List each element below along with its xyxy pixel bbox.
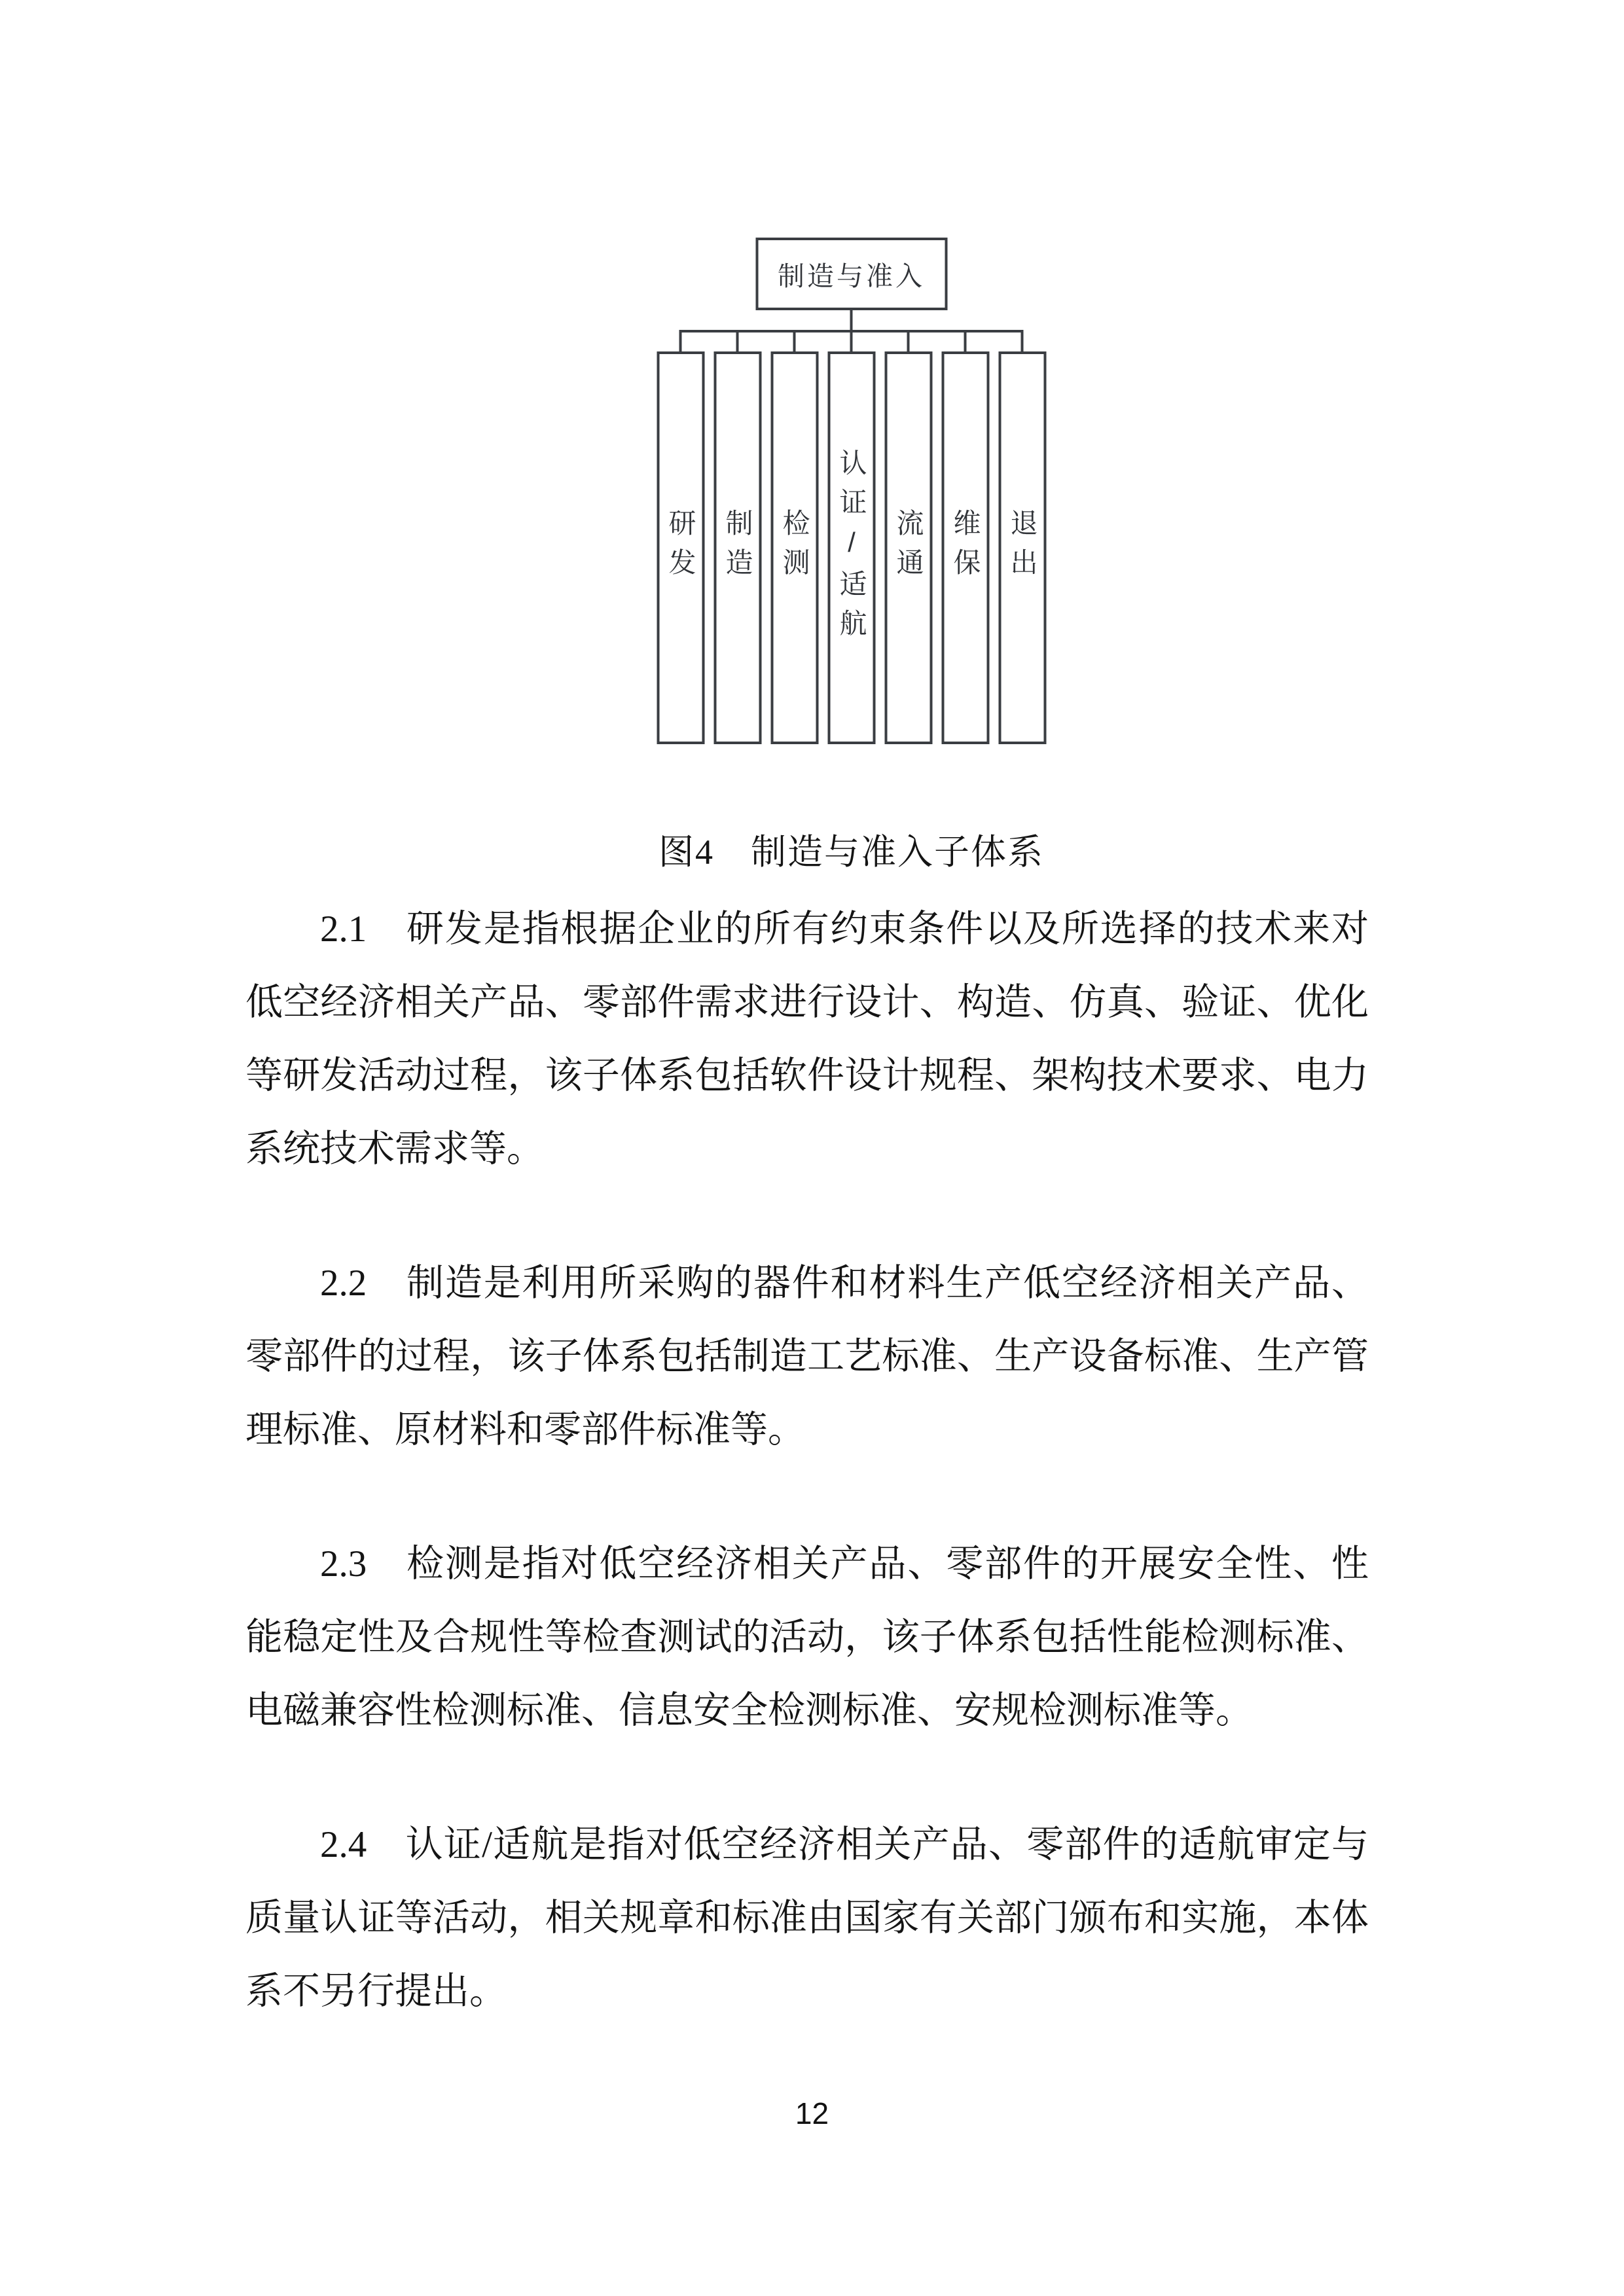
- org-node-label: 检测: [781, 509, 808, 587]
- org-node-manufacturing: 制造: [713, 351, 761, 744]
- paragraph-2-2: 2.2 制造是利用所采购的器件和材料生产低空经济相关产品、零部件的过程，该子体系…: [245, 1247, 1369, 1467]
- org-chart: 制造与准入 研发 制造: [652, 238, 1051, 744]
- connector-stub: [1021, 332, 1024, 351]
- paragraph-2-1: 2.1 研发是指根据企业的所有约束条件以及所选择的技术来对低空经济相关产品、零部…: [245, 893, 1369, 1186]
- root-node-label: 制造与准入: [778, 255, 925, 293]
- paragraph-2-4: 2.4 认证/适航是指对低空经济相关产品、零部件的适航审定与质量认证等活动，相关…: [245, 1808, 1369, 2028]
- figure-4: 制造与准入 研发 制造: [652, 238, 1051, 876]
- org-node-label: 制造: [724, 509, 751, 587]
- org-node-certification: 认证/适航: [827, 351, 875, 744]
- connector-stub: [793, 332, 796, 351]
- document-page: 制造与准入 研发 制造: [0, 0, 1624, 2296]
- connector-vertical-line: [850, 310, 853, 330]
- org-node-label: 退出: [1009, 509, 1036, 587]
- connector-stub: [850, 332, 853, 351]
- org-chart-root-node: 制造与准入: [755, 238, 947, 310]
- paragraph-2-3: 2.3 检测是指对低空经济相关产品、零部件的开展安全性、性能稳定性及合规性等检查…: [245, 1528, 1369, 1748]
- page-number: 12: [0, 2096, 1624, 2130]
- body-text: 2.1 研发是指根据企业的所有约束条件以及所选择的技术来对低空经济相关产品、零部…: [245, 893, 1369, 2028]
- connector-stub: [907, 332, 910, 351]
- org-node-label: 维保: [952, 509, 979, 587]
- org-node-circulation: 流通: [884, 351, 932, 744]
- org-node-label: 流通: [895, 509, 922, 587]
- org-node-testing: 检测: [770, 351, 818, 744]
- connector-stub: [736, 332, 739, 351]
- org-node-label: 研发: [667, 509, 695, 587]
- connector-stub: [964, 332, 967, 351]
- org-node-exit: 退出: [998, 351, 1046, 744]
- connector-stub-row: [652, 332, 1051, 351]
- org-node-maintenance: 维保: [941, 351, 989, 744]
- figure-caption: 图4 制造与准入子体系: [659, 828, 1044, 876]
- org-node-label: 认证/适航: [838, 448, 865, 648]
- connector-stub: [679, 332, 682, 351]
- org-node-rd: 研发: [657, 351, 704, 744]
- org-chart-children-row: 研发 制造 检测 认证/适航: [652, 351, 1051, 744]
